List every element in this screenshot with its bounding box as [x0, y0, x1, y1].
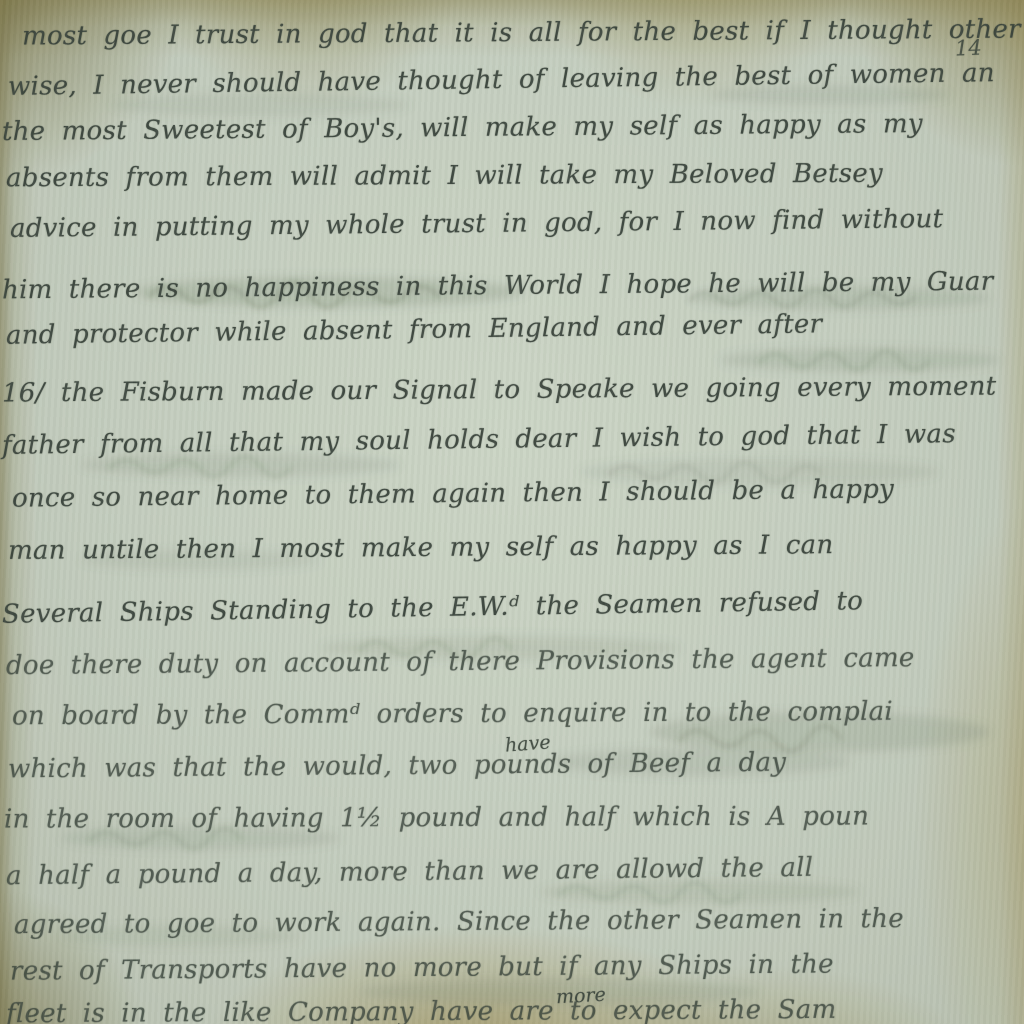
manuscript-line: the most Sweetest of Boy's, will make my… — [2, 109, 923, 147]
manuscript-text: most goe I trust in god that it is all f… — [0, 0, 1024, 1024]
interline-insertion-more: more — [555, 984, 606, 1009]
manuscript-line: most goe I trust in god that it is all f… — [22, 15, 1021, 52]
page-number: 14 — [955, 36, 983, 61]
manuscript-line: on board by the Commᵈ orders to enquire … — [12, 697, 893, 732]
manuscript-page: most goe I trust in god that it is all f… — [0, 0, 1024, 1024]
manuscript-line: father from all that my soul holds dear … — [2, 419, 956, 461]
manuscript-line: advice in putting my whole trust in god,… — [10, 204, 944, 244]
manuscript-line: which was that the would, two pounds of … — [8, 748, 786, 785]
manuscript-line-clipped: fleet is in the like Company have are to… — [6, 995, 837, 1024]
manuscript-line: Several Ships Standing to the E.W.ᵈ the … — [2, 586, 863, 630]
manuscript-line: wise, I never should have thought of lea… — [8, 58, 995, 102]
interline-insertion-have: have — [504, 731, 551, 756]
manuscript-line: man untile then I most make my self as h… — [8, 530, 834, 566]
manuscript-line: him there is no happiness in this World … — [2, 267, 994, 306]
manuscript-line: in the room of having 1½ pound and half … — [4, 801, 869, 834]
manuscript-line-entry-16: 16/ the Fisburn made our Signal to Speak… — [2, 372, 997, 409]
manuscript-line: once so near home to them again then I s… — [12, 474, 894, 513]
manuscript-line: absents from them will admit I will take… — [6, 159, 883, 194]
manuscript-line: agreed to goe to work again. Since the o… — [14, 904, 904, 940]
manuscript-line: a half a pound a day, more than we are a… — [6, 853, 814, 891]
manuscript-line: doe there duty on account of there Provi… — [6, 643, 915, 681]
manuscript-line: rest of Transports have no more but if a… — [10, 949, 834, 986]
manuscript-line: and protector while absent from England … — [6, 309, 823, 350]
